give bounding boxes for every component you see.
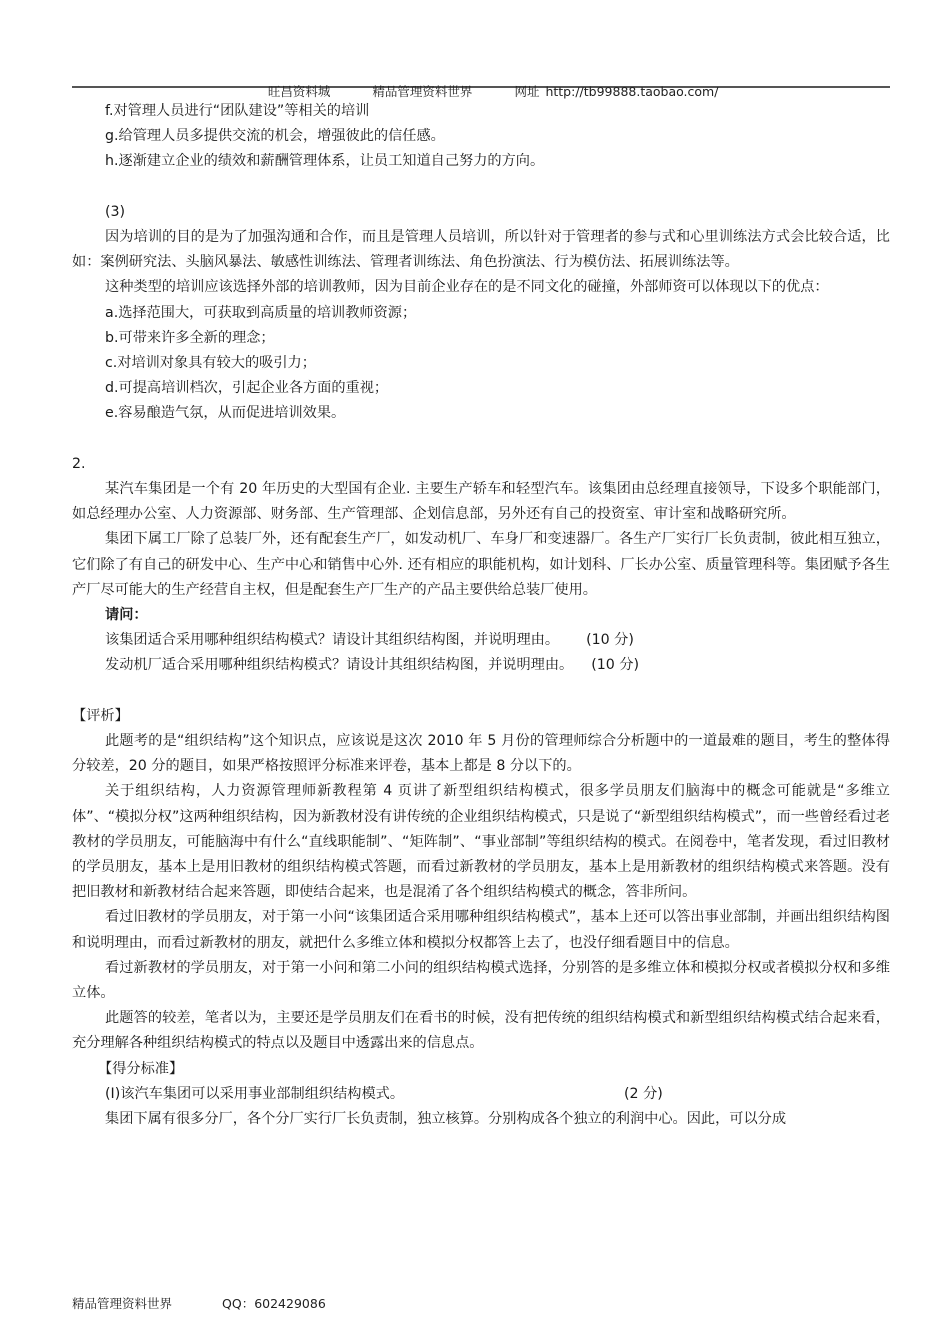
- paragraph: 看过旧教材的学员朋友，对于第一小问“该集团适合采用哪种组织结构模式”，基本上还可…: [72, 905, 890, 955]
- list-item: a.选择范围大，可获取到高质量的培训教师资源；: [72, 301, 890, 326]
- question-score: (10 分): [591, 657, 639, 673]
- header-url-label: 网址: [514, 84, 539, 99]
- header-site1: 旺昌资料城: [268, 84, 331, 99]
- ask-label: 请问：: [72, 603, 890, 628]
- list-item: d.可提高培训档次，引起企业各方面的重视；: [72, 376, 890, 401]
- question-text: 该集团适合采用哪种组织结构模式？请设计其组织结构图，并说明理由。: [105, 632, 559, 648]
- section-number: (3): [72, 200, 890, 225]
- question-item: 该集团适合采用哪种组织结构模式？请设计其组织结构图，并说明理由。 (10 分): [72, 628, 890, 653]
- paragraph: 这种类型的培训应该选择外部的培训教师，因为目前企业存在的是不同文化的碰撞，外部师…: [72, 275, 890, 300]
- paragraph: 此题考的是“组织结构”这个知识点，应该说是这次 2010 年 5 月份的管理师综…: [72, 729, 890, 779]
- question-text: 发动机厂适合采用哪种组织结构模式？请设计其组织结构图，并说明理由。: [105, 657, 573, 673]
- list-item: h.逐渐建立企业的绩效和薪酬管理体系，让员工知道自己努力的方向。: [72, 149, 890, 174]
- paragraph: 关于组织结构，人力资源管理师新教程第 4 页讲了新型组织结构模式，很多学员朋友们…: [72, 779, 890, 905]
- header-site2: 精品管理资料世界: [372, 84, 472, 99]
- question-number: 2.: [72, 452, 890, 477]
- list-item: e.容易酿造气氛，从而促进培训效果。: [72, 401, 890, 426]
- analysis-title: 【评析】: [72, 704, 890, 729]
- scoring-text: (I)该汽车集团可以采用事业部制组织结构模式。: [105, 1086, 404, 1102]
- list-item: f.对管理人员进行“团队建设”等相关的培训: [72, 99, 890, 124]
- scoring-title: 【得分标准】: [72, 1057, 890, 1082]
- page-footer: 精品管理资料世界QQ：602429086: [72, 1294, 326, 1312]
- paragraph: 看过新教材的学员朋友，对于第一小问和第二小问的组织结构模式选择，分别答的是多维立…: [72, 956, 890, 1006]
- footer-qq: QQ：602429086: [222, 1296, 326, 1311]
- paragraph: 集团下属工厂除了总装厂外，还有配套生产厂，如发动机厂、车身厂和变速器厂。各生产厂…: [72, 527, 890, 603]
- paragraph: 某汽车集团是一个有 20 年历史的大型国有企业. 主要生产轿车和轻型汽车。该集团…: [72, 477, 890, 527]
- document-body: f.对管理人员进行“团队建设”等相关的培训 g.给管理人员多提供交流的机会，增强…: [72, 99, 890, 1132]
- paragraph: 此题答的较差，笔者以为，主要还是学员朋友们在看书的时候，没有把传统的组织结构模式…: [72, 1006, 890, 1056]
- paragraph: 集团下属有很多分厂，各个分厂实行厂长负责制，独立核算。分别构成各个独立的利润中心…: [72, 1107, 890, 1132]
- scoring-score: (2 分): [624, 1086, 663, 1102]
- question-item: 发动机厂适合采用哪种组织结构模式？请设计其组织结构图，并说明理由。 (10 分): [72, 653, 890, 678]
- footer-site: 精品管理资料世界: [72, 1296, 172, 1311]
- list-item: c.对培训对象具有较大的吸引力；: [72, 351, 890, 376]
- paragraph: 因为培训的目的是为了加强沟通和合作，而且是管理人员培训，所以针对于管理者的参与式…: [72, 225, 890, 275]
- list-item: g.给管理人员多提供交流的机会，增强彼此的信任感。: [72, 124, 890, 149]
- scoring-item: (I)该汽车集团可以采用事业部制组织结构模式。(2 分): [72, 1082, 890, 1107]
- question-score: (10 分): [586, 632, 634, 648]
- header-url: http://tb99888.taobao.com/: [545, 84, 718, 99]
- page-header: 旺昌资料城精品管理资料世界网址http://tb99888.taobao.com…: [72, 64, 890, 88]
- list-item: b.可带来许多全新的理念；: [72, 326, 890, 351]
